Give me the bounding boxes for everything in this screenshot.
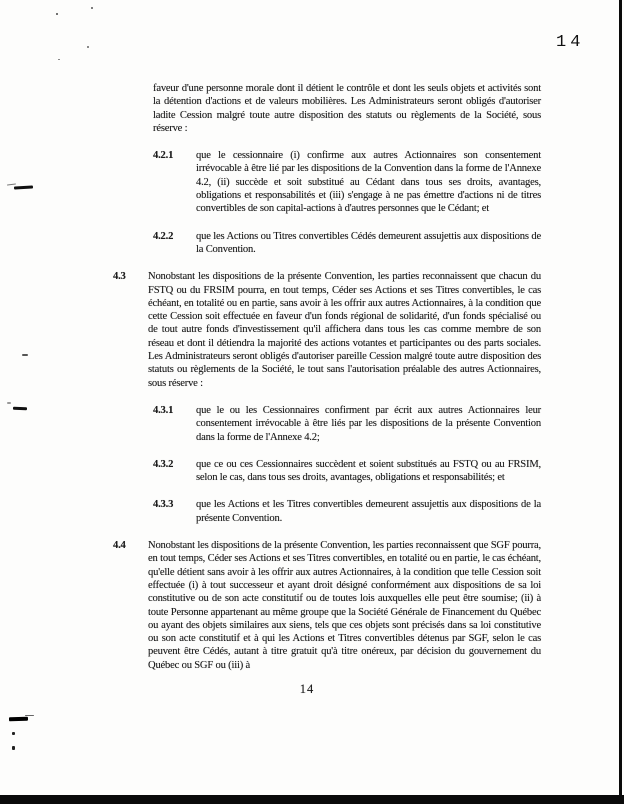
clause-number: 4.3.1 <box>153 404 196 444</box>
clause-text: que le ou les Cessionnaires confirment p… <box>196 404 541 444</box>
scan-margin-mark <box>25 715 34 716</box>
page-bottom-edge-bar <box>0 795 624 804</box>
scan-speck <box>87 46 89 48</box>
scan-margin-mark <box>7 183 16 185</box>
clause-number: 4.3.2 <box>153 458 196 485</box>
clause-text: que les Actions ou Titres convertibles C… <box>196 230 541 257</box>
clause-4-3-1: 4.3.1 que le ou les Cessionnaires confir… <box>153 404 541 444</box>
scan-margin-mark <box>9 717 28 722</box>
clause-4-3-2: 4.3.2 que ce ou ces Cessionnaires succèd… <box>153 458 541 485</box>
intro-paragraph: faveur d'une personne morale dont il dét… <box>153 82 541 135</box>
scan-speck <box>91 7 93 9</box>
clause-number: 4.2.1 <box>153 149 196 215</box>
page-number-bottom: 14 <box>113 683 501 696</box>
scan-margin-mark <box>13 407 27 410</box>
scan-speck <box>12 732 15 735</box>
clause-4-2-1: 4.2.1 que le cessionnaire (i) confirme a… <box>153 149 541 215</box>
scan-speck <box>58 59 60 60</box>
scan-margin-mark <box>14 186 33 190</box>
clause-text: que le cessionnaire (i) confirme aux aut… <box>196 149 541 215</box>
clause-number: 4.4 <box>113 539 148 672</box>
clause-number: 4.3 <box>113 270 148 390</box>
clause-number: 4.2.2 <box>153 230 196 257</box>
clause-4-4: 4.4 Nonobstant les dispositions de la pr… <box>113 539 541 672</box>
clause-text: que ce ou ces Cessionnaires succèdent et… <box>196 458 541 485</box>
clause-text: Nonobstant les dispositions de la présen… <box>148 539 541 672</box>
page-right-edge-line <box>619 0 622 804</box>
page-number-top: 14 <box>556 33 584 52</box>
clause-text: Nonobstant les dispositions de la présen… <box>148 270 541 390</box>
scan-margin-mark <box>22 354 28 356</box>
clause-4-2-2: 4.2.2 que les Actions ou Titres converti… <box>153 230 541 257</box>
clause-text: que les Actions et les Titres convertibl… <box>196 498 541 525</box>
clause-number: 4.3.3 <box>153 498 196 525</box>
scan-margin-mark <box>7 402 11 404</box>
clause-4-3: 4.3 Nonobstant les dispositions de la pr… <box>113 270 541 390</box>
scan-speck <box>12 746 15 750</box>
clause-4-3-3: 4.3.3 que les Actions et les Titres conv… <box>153 498 541 525</box>
document-body: faveur d'une personne morale dont il dét… <box>113 82 541 696</box>
scanned-document-page: 14 faveur d'une personne morale dont il … <box>0 0 624 804</box>
scan-speck <box>56 13 58 15</box>
